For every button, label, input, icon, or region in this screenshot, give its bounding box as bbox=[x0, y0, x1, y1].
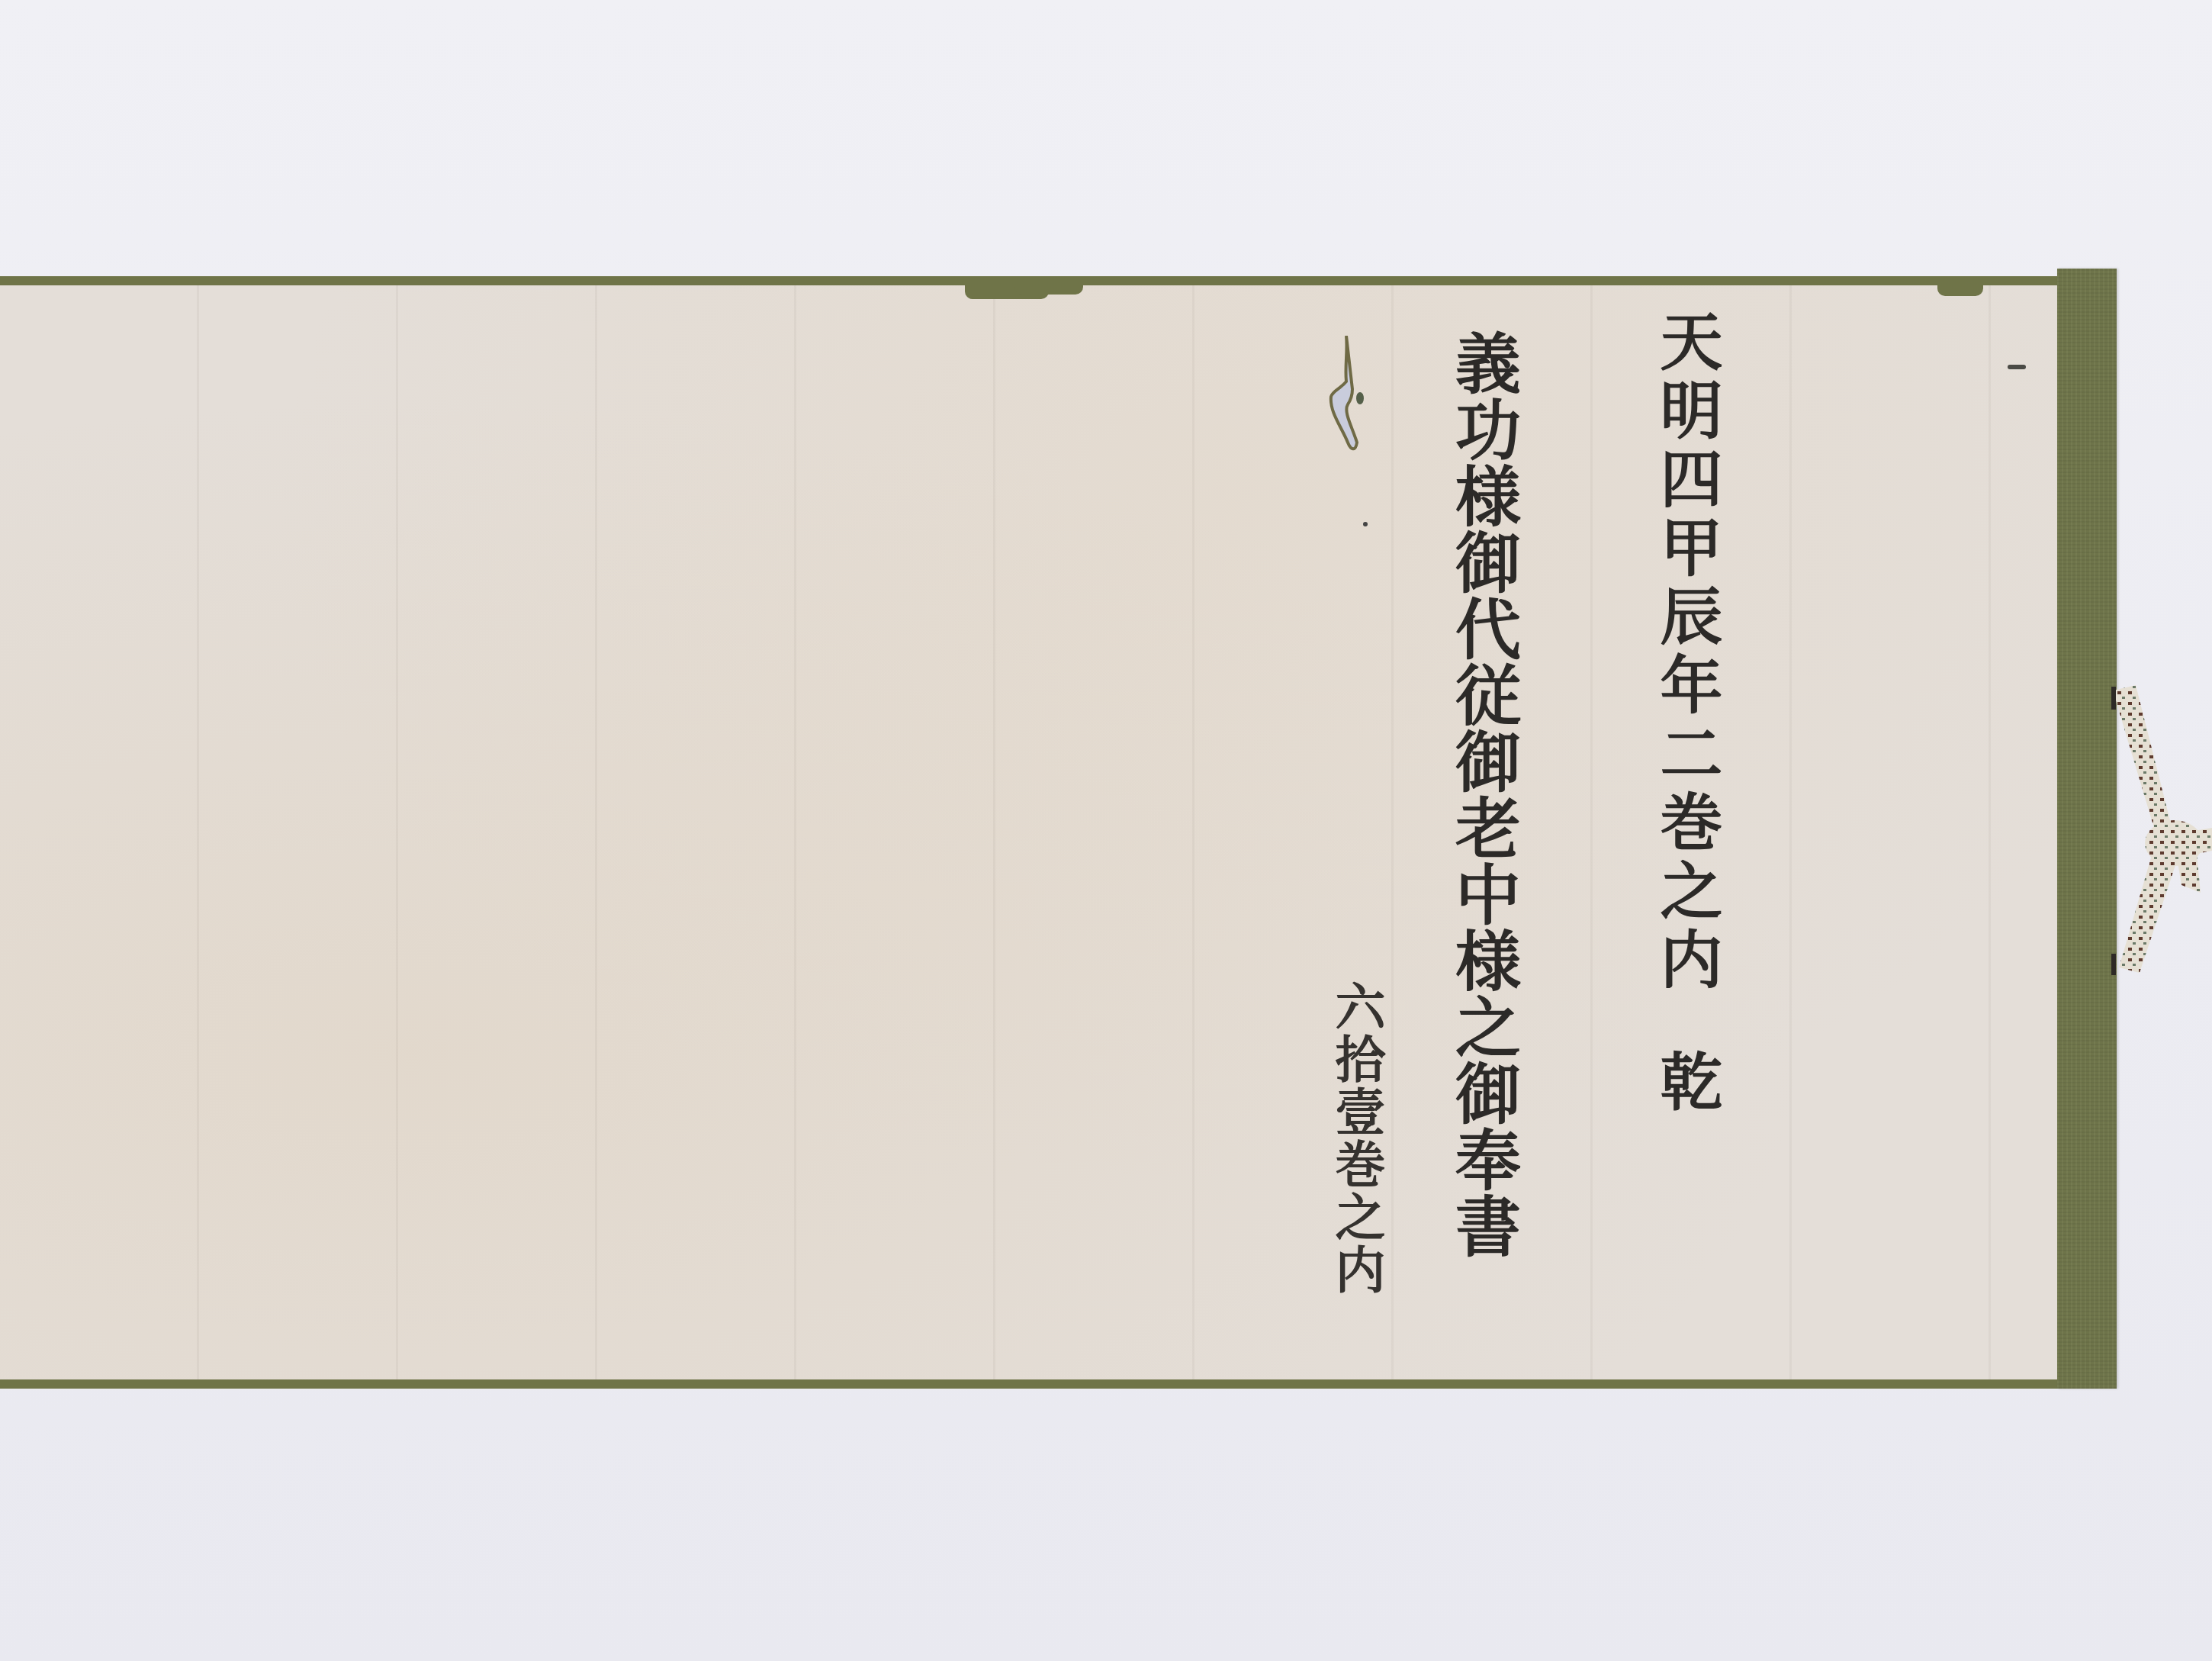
volume-mark: 乾 bbox=[1655, 1049, 1718, 1118]
scroll-paper bbox=[0, 284, 2057, 1379]
handscroll bbox=[0, 276, 2117, 1389]
title-column-date: 天明四甲辰年二巻之内乾 bbox=[1655, 309, 1718, 1118]
paper-tear bbox=[1937, 284, 1983, 296]
worm-hole-mark bbox=[1325, 336, 1371, 458]
mount-top-edge bbox=[0, 276, 2057, 285]
date-text: 天明四甲辰年二巻之内 bbox=[1650, 309, 1723, 996]
paper-tear bbox=[1014, 284, 1083, 295]
ink-speck bbox=[1363, 522, 1368, 526]
title-column-volume: 六拾壹巻之内 bbox=[1331, 980, 1381, 1296]
braided-cord-tie bbox=[2105, 679, 2212, 977]
mount-bottom-edge bbox=[0, 1379, 2057, 1389]
title-column-main: 義功様御代従御老中様之御奉書 bbox=[1449, 330, 1515, 1259]
ink-mark bbox=[2008, 365, 2026, 369]
